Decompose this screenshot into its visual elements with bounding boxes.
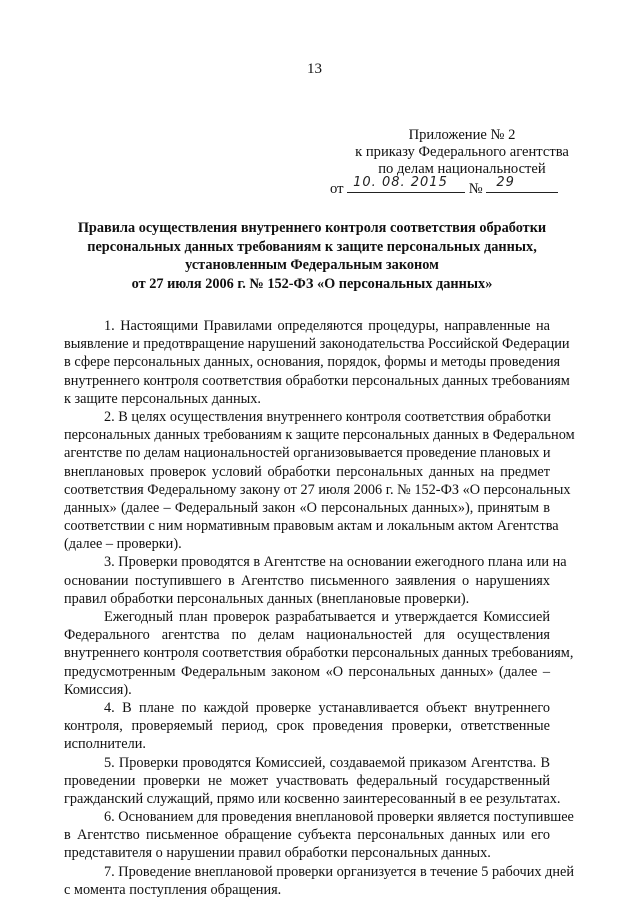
paragraph-line: 4. В плане по каждой проверке устанавлив…: [64, 699, 550, 717]
paragraph-line: 5. Проверки проводятся Комиссией, создав…: [64, 754, 550, 772]
paragraph: 7. Проведение внеплановой проверки орган…: [64, 863, 550, 899]
paragraph-line: представителя о нарушении правил обработ…: [64, 844, 550, 862]
paragraph: Ежегодный план проверок разрабатывается …: [64, 608, 550, 699]
paragraph-line: данных» (далее – Федеральный закон «О пе…: [64, 499, 550, 517]
paragraph-line: внеплановых проверок условий обработки п…: [64, 463, 550, 481]
document-title: Правила осуществления внутреннего контро…: [62, 219, 562, 293]
paragraph-line: Комиссия).: [64, 681, 550, 699]
paragraph-line: с момента поступления обращения.: [64, 881, 550, 899]
paragraph-line: 1. Настоящими Правилами определяются про…: [64, 317, 550, 335]
paragraph: 1. Настоящими Правилами определяются про…: [64, 317, 550, 408]
paragraph-line: Федерального агентства по делам национал…: [64, 626, 550, 644]
paragraph-line: гражданский служащий, прямо или косвенно…: [64, 790, 550, 808]
paragraph-line: проведении проверки не может участвовать…: [64, 772, 550, 790]
appendix-block: Приложение № 2 к приказу Федерального аг…: [327, 127, 597, 198]
paragraph-line: соответствии с ним нормативным правовым …: [64, 517, 550, 535]
paragraph-line: 2. В целях осуществления внутреннего кон…: [64, 408, 550, 426]
date-prefix: от: [330, 181, 343, 197]
paragraph: 4. В плане по каждой проверке устанавлив…: [64, 699, 550, 754]
paragraph-line: выявление и предотвращение нарушений зак…: [64, 335, 550, 353]
appendix-date-number: от 10. 08. 2015 № 29: [327, 178, 597, 198]
paragraph: 5. Проверки проводятся Комиссией, создав…: [64, 754, 550, 809]
paragraph-line: контроля, проверяемый период, срок прове…: [64, 717, 550, 735]
paragraph-line: в сфере персональных данных, основания, …: [64, 353, 550, 371]
paragraph-line: в Агентство письменное обращение субъект…: [64, 826, 550, 844]
handwritten-date: 10. 08. 2015: [353, 174, 448, 191]
title-line: персональных данных требованиям к защите…: [62, 238, 562, 257]
document-body: 1. Настоящими Правилами определяются про…: [64, 317, 550, 899]
paragraph-line: персональных данных требованиям к защите…: [64, 426, 550, 444]
number-prefix: №: [469, 181, 483, 197]
date-field: 10. 08. 2015: [347, 178, 465, 193]
paragraph: 3. Проверки проводятся в Агентстве на ос…: [64, 553, 550, 608]
title-line: от 27 июля 2006 г. № 152-ФЗ «О персональ…: [62, 275, 562, 294]
paragraph-line: предусмотренным Федеральным законом «О п…: [64, 663, 550, 681]
paragraph-line: внутреннего контроля соответствия обрабо…: [64, 372, 550, 390]
paragraph-line: Ежегодный план проверок разрабатывается …: [64, 608, 550, 626]
paragraph-line: агентстве по делам национальностей орган…: [64, 444, 550, 462]
paragraph-line: 3. Проверки проводятся в Агентстве на ос…: [64, 553, 550, 571]
paragraph-line: соответствия Федеральному закону от 27 и…: [64, 481, 550, 499]
paragraph-line: (далее – проверки).: [64, 535, 550, 553]
number-field: 29: [486, 178, 558, 193]
paragraph-line: внутреннего контроля соответствия обрабо…: [64, 644, 550, 662]
paragraph-line: 7. Проведение внеплановой проверки орган…: [64, 863, 550, 881]
appendix-title: Приложение № 2: [327, 127, 597, 144]
paragraph-line: 6. Основанием для проведения внеплановой…: [64, 808, 550, 826]
paragraph: 2. В целях осуществления внутреннего кон…: [64, 408, 550, 554]
handwritten-number: 29: [496, 174, 515, 191]
paragraph-line: к защите персональных данных.: [64, 390, 550, 408]
title-line: Правила осуществления внутреннего контро…: [62, 219, 562, 238]
page-number: 13: [307, 61, 322, 78]
paragraph-line: правил обработки персональных данных (вн…: [64, 590, 550, 608]
appendix-order-ref: к приказу Федерального агентства: [327, 144, 597, 161]
paragraph: 6. Основанием для проведения внеплановой…: [64, 808, 550, 863]
paragraph-line: исполнители.: [64, 735, 550, 753]
title-line: установленным Федеральным законом: [62, 256, 562, 275]
paragraph-line: основании поступившего в Агентство письм…: [64, 572, 550, 590]
